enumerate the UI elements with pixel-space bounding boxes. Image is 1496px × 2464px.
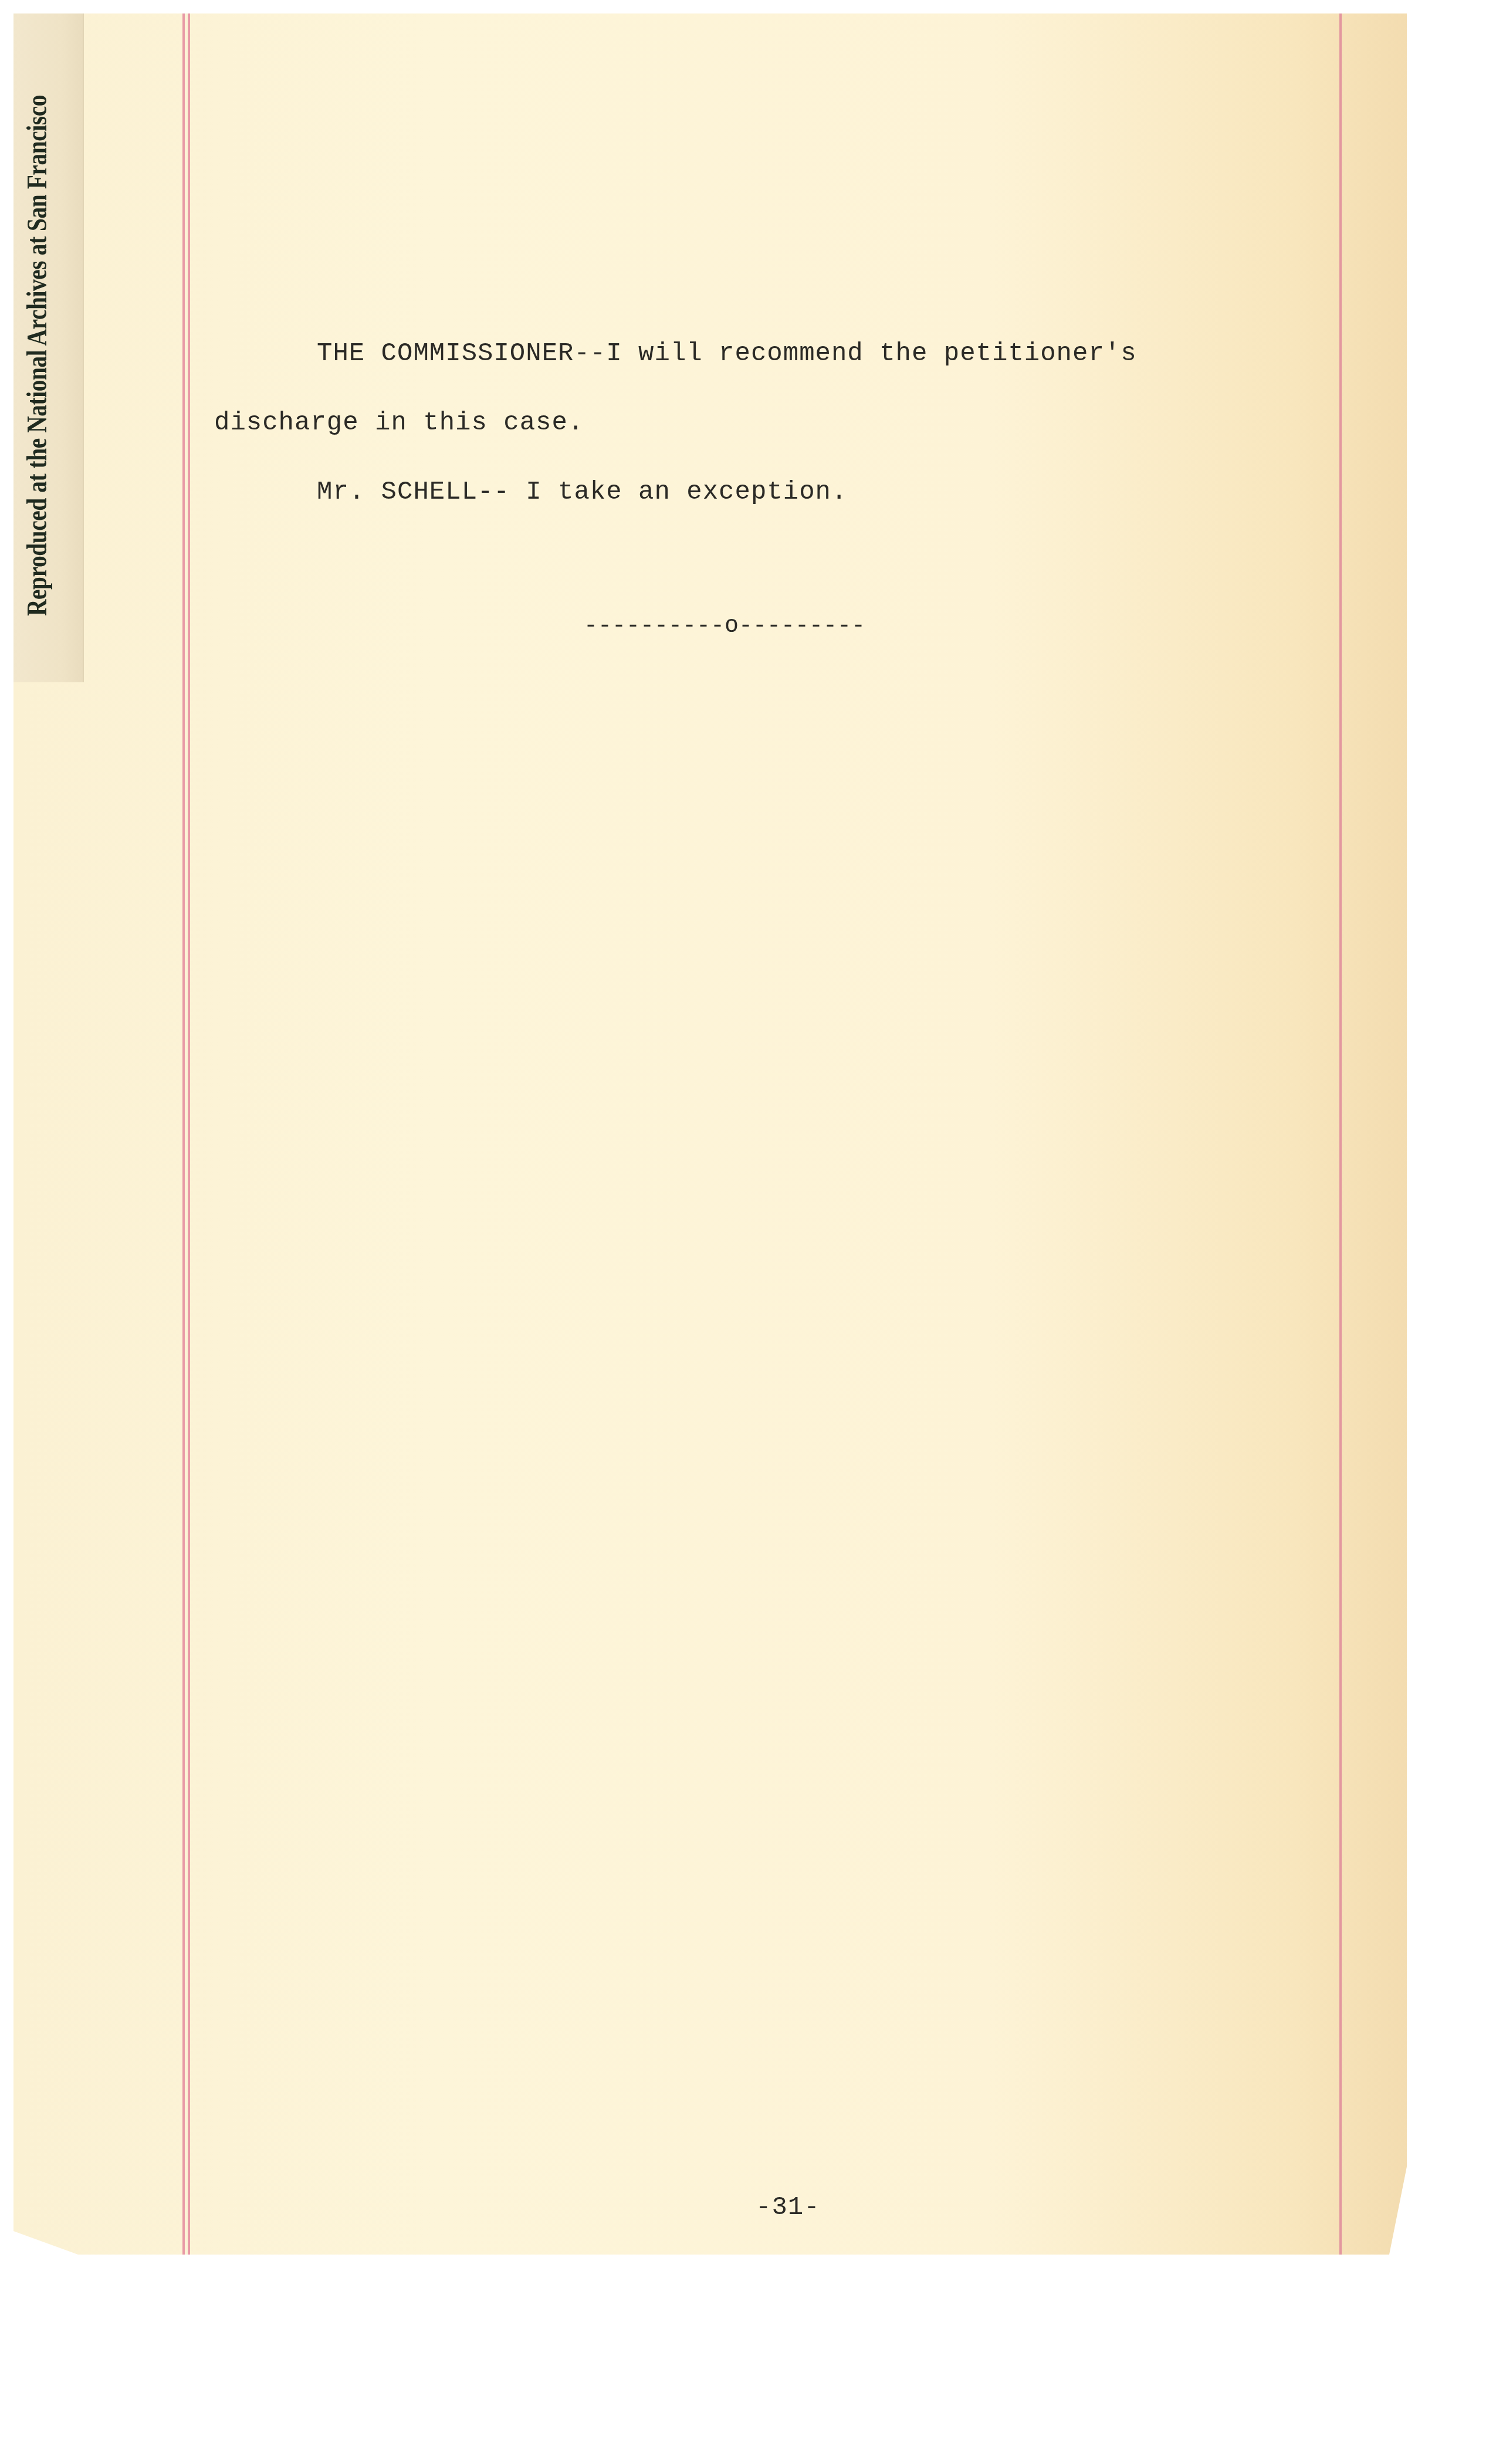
transcript-line-3: Mr. SCHELL-- I take an exception. <box>317 478 847 507</box>
page-number: -31- <box>756 2193 820 2222</box>
left-margin-rule <box>182 13 185 2255</box>
right-margin-rule <box>1339 13 1342 2255</box>
section-separator: ----------o--------- <box>584 613 865 639</box>
archive-stamp: Reproduced at the National Archives at S… <box>21 135 56 616</box>
transcript-line-1: THE COMMISSIONER--I will recommend the p… <box>317 339 1137 368</box>
transcript-line-2: discharge in this case. <box>214 408 584 438</box>
left-margin-rule-inner <box>188 13 190 2255</box>
